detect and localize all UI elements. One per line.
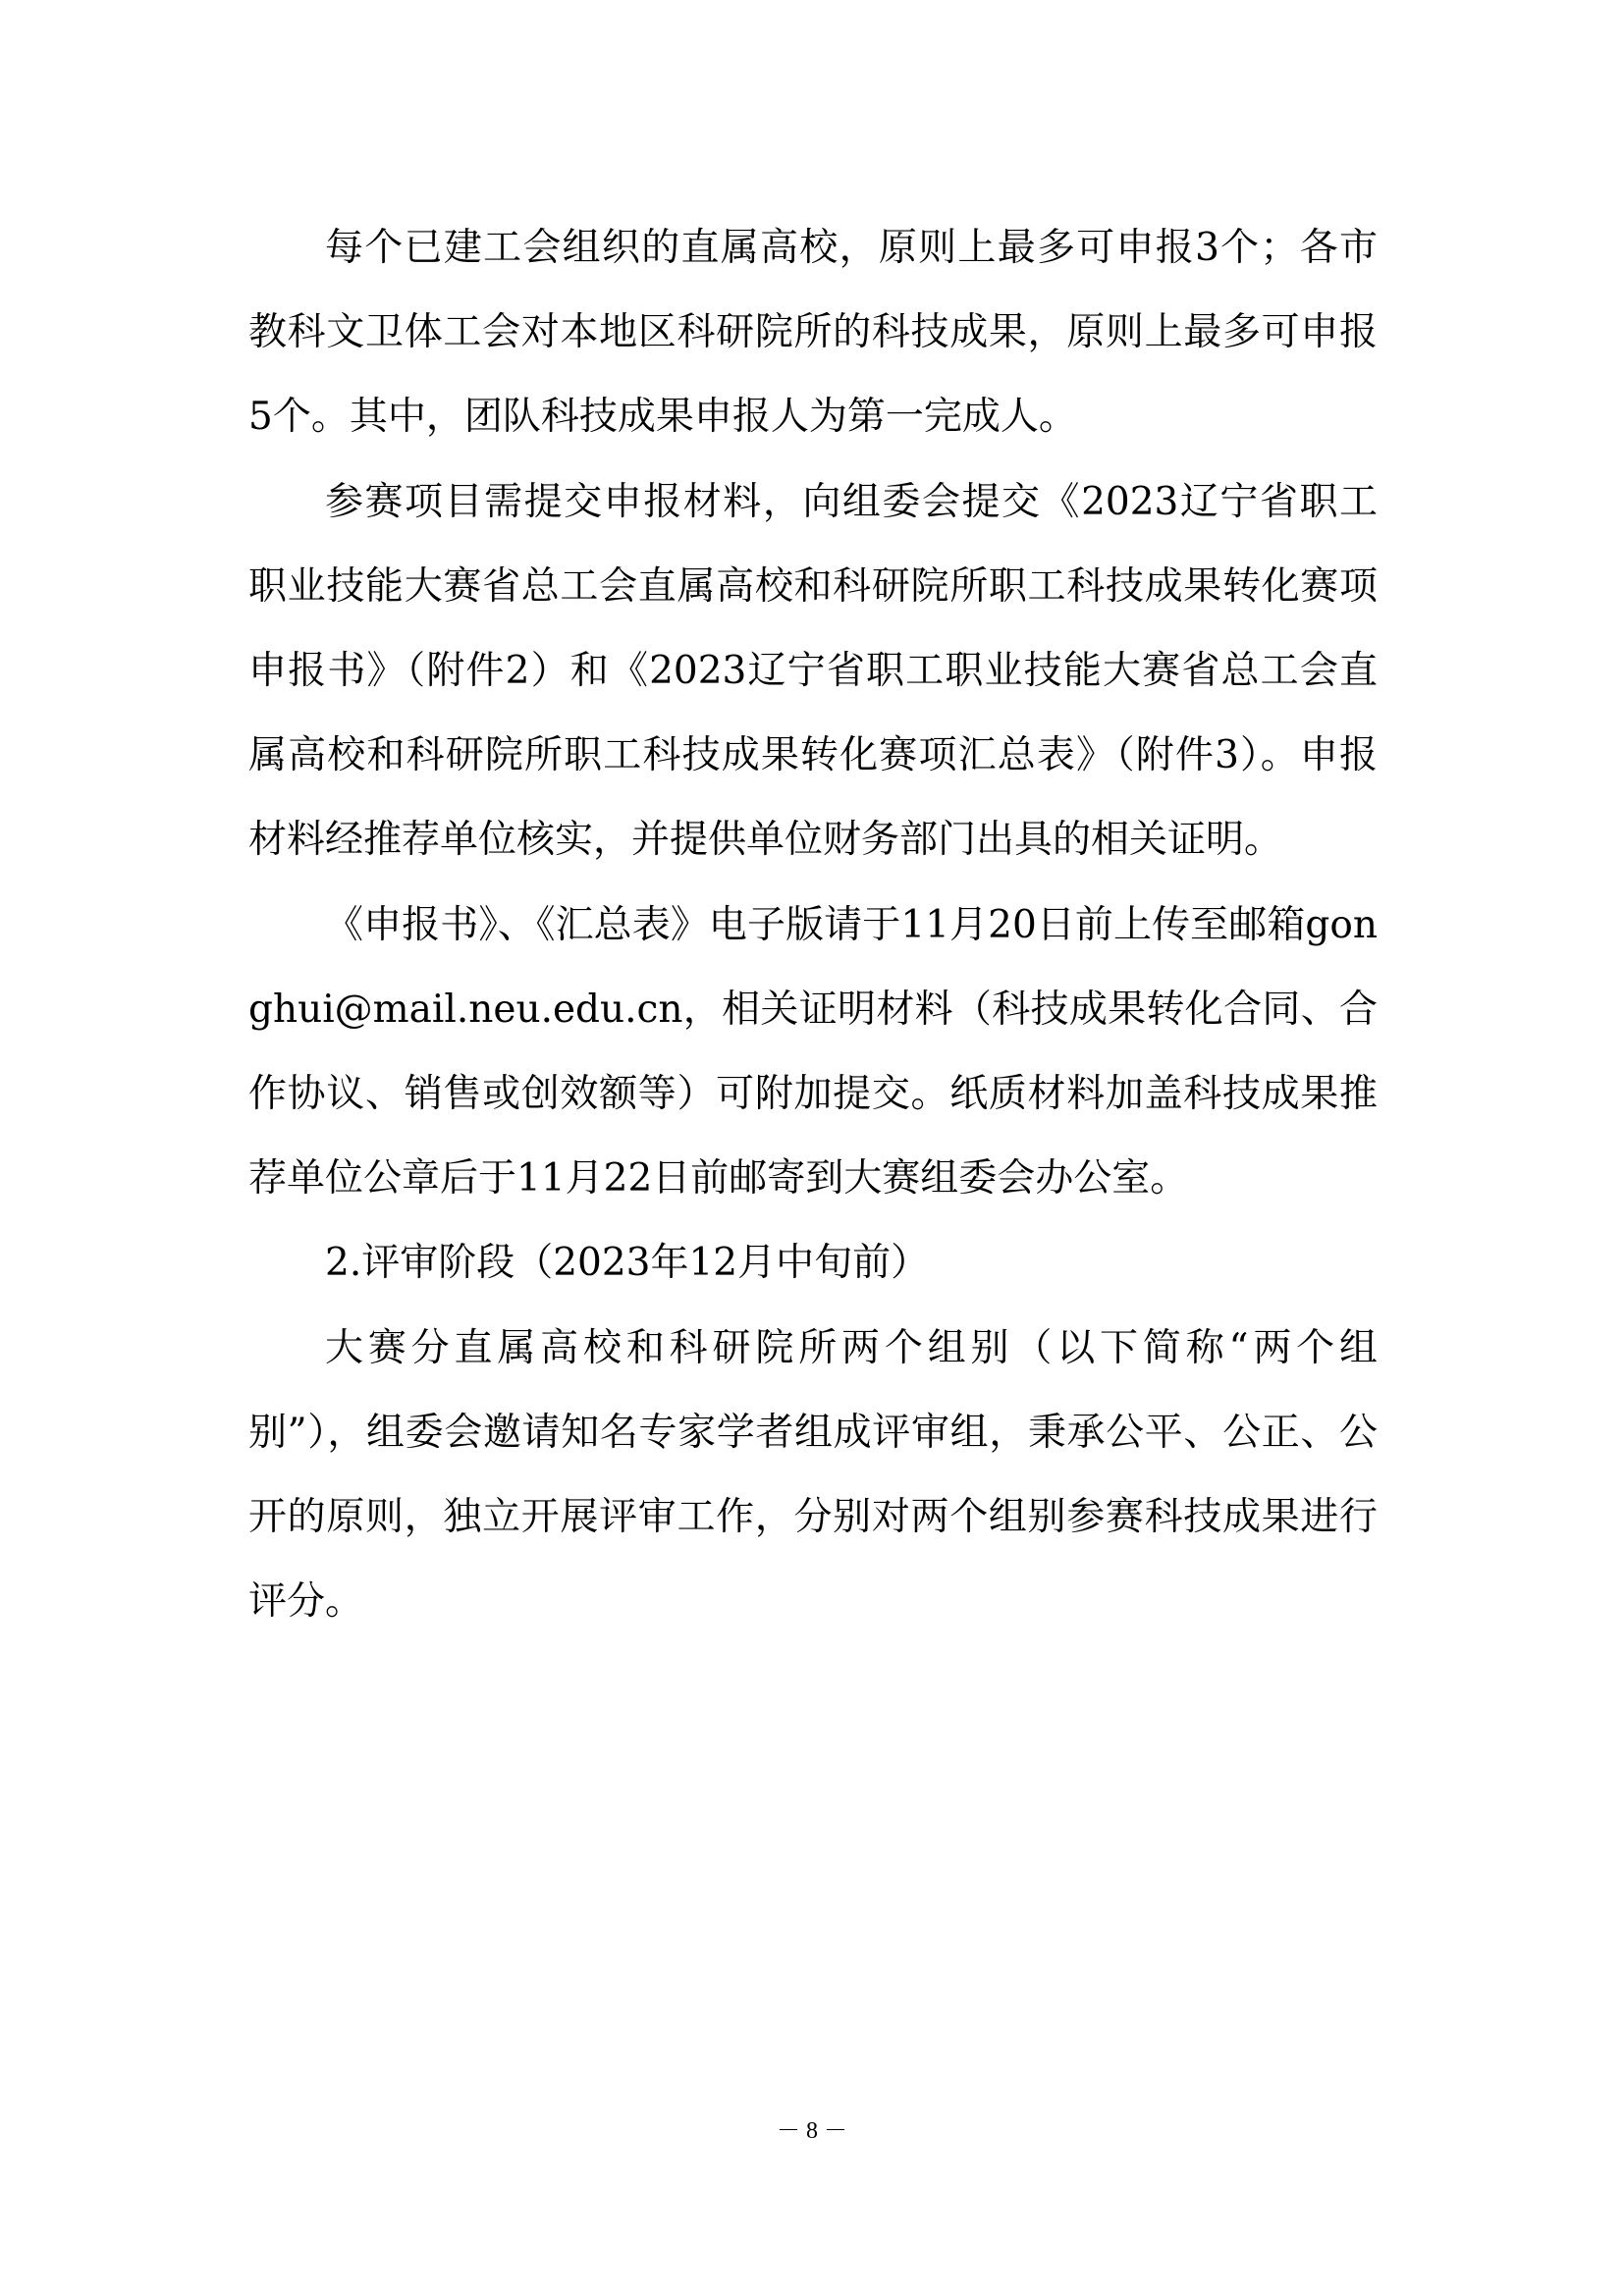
paragraph-review-groups: 大赛分直属高校和科研院所两个组别（以下简称“两个组别”），组委会邀请知名专家学者… (248, 1307, 1378, 1645)
paragraph-submission-materials: 参赛项目需提交申报材料，向组委会提交《2023辽宁省职工职业技能大赛省总工会直属… (248, 460, 1378, 883)
paragraph-electronic-submission: 《申报书》、《汇总表》电子版请于11月20日前上传至邮箱gonghui@mail… (248, 883, 1378, 1222)
section-heading-review-stage: 2.评审阶段（2023年12月中旬前） (248, 1221, 1378, 1306)
document-page: 每个已建工会组织的直属高校，原则上最多可申报3个；各市教科文卫体工会对本地区科研… (248, 206, 1378, 1644)
paragraph-application-quota: 每个已建工会组织的直属高校，原则上最多可申报3个；各市教科文卫体工会对本地区科研… (248, 206, 1378, 460)
page-number: － 8 － (0, 2110, 1624, 2145)
